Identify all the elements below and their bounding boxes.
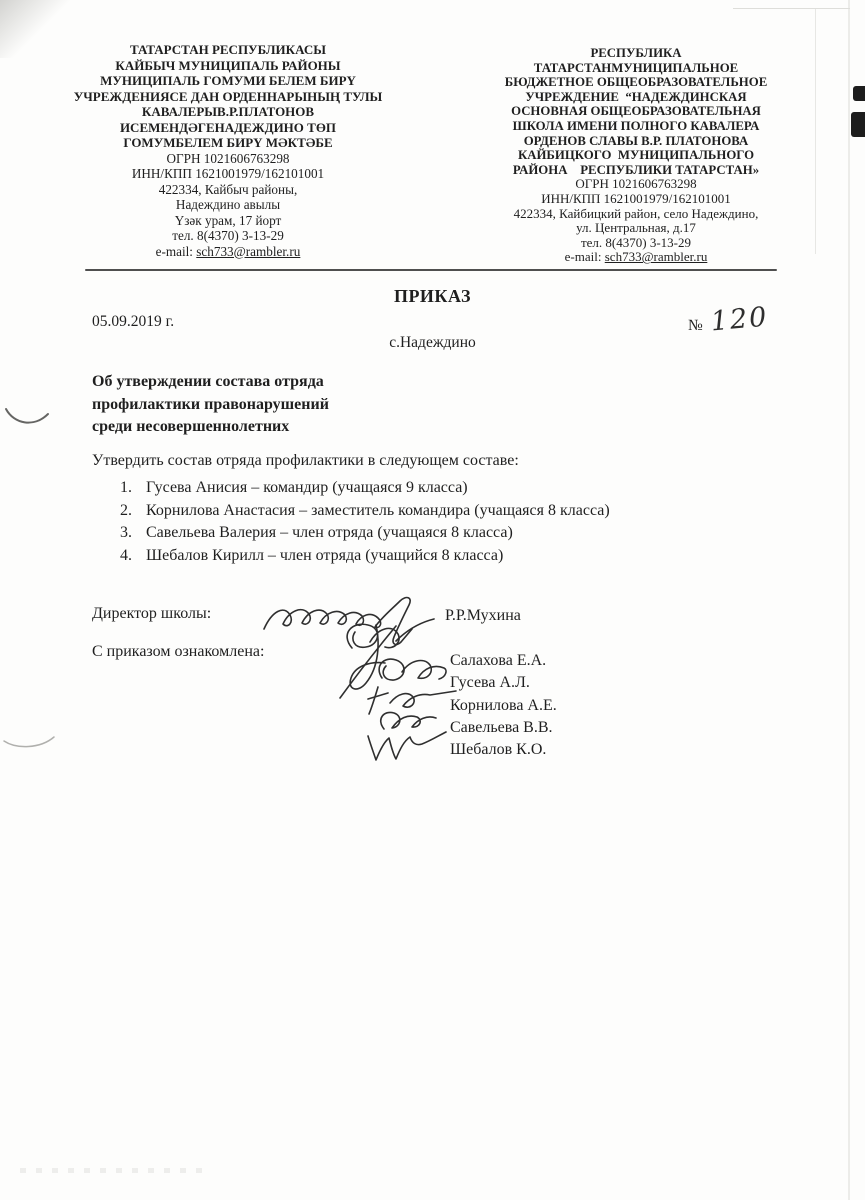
- subject-line: профилактики правонарушений: [92, 394, 329, 417]
- list-item-text: Савельева Валерия – член отряда (учащаяс…: [146, 524, 513, 541]
- org-name-line: ОРДЕНОВ СЛАВЫ В.Р. ПЛАТОНОВА: [440, 134, 832, 149]
- email-label: e-mail:: [156, 244, 197, 259]
- document-place: с.Надеждино: [0, 334, 865, 352]
- scan-ghost-line-horizontal: [733, 8, 850, 9]
- ogrn-number: ОГРН 1021606763298: [440, 177, 832, 192]
- inn-kpp-number: ИНН/КПП 1621001979/162101001: [22, 166, 434, 182]
- org-name-line: РЕСПУБЛИКА: [440, 46, 832, 61]
- fold-mark: [4, 405, 50, 431]
- ack-name: Савельева В.В.: [450, 717, 557, 739]
- org-name-line: УЧРЕЖДЕНИЯСЕ ДАН ОРДЕННАРЫНЫҢ ТУЛЫ: [22, 89, 434, 105]
- letterhead-right-column: РЕСПУБЛИКА ТАТАРСТАНМУНИЦИПАЛЬНОЕ БЮДЖЕТ…: [440, 46, 832, 265]
- list-item-text: Шебалов Кирилл – член отряда (учащийся 8…: [146, 547, 503, 564]
- list-item-number: 4.: [120, 545, 146, 568]
- list-item: 1.Гусева Анисия – командир (учащаяся 9 к…: [120, 477, 610, 500]
- email-line: e-mail: sch733@rambler.ru: [440, 250, 832, 265]
- phone-number: тел. 8(4370) 3-13-29: [22, 228, 434, 244]
- number-sign: №: [688, 317, 703, 334]
- list-item-text: Корнилова Анастасия – заместитель команд…: [146, 502, 610, 519]
- email-address: sch733@rambler.ru: [605, 249, 708, 264]
- fold-mark: [2, 733, 56, 753]
- org-name-line: ГОМУМБЕЛЕМ БИРҮ МӘКТӘБЕ: [22, 135, 434, 151]
- email-line: e-mail: sch733@rambler.ru: [22, 244, 434, 260]
- scan-smudge: [20, 1168, 210, 1173]
- org-name-line: КАЙБИЦКОГО МУНИЦИПАЛЬНОГО: [440, 148, 832, 163]
- acknowledgement-label: С приказом ознакомлена:: [92, 643, 264, 661]
- acknowledgement-names: Салахова Е.А. Гусева А.Л. Корнилова А.Е.…: [450, 650, 557, 761]
- org-name-line: ТАТАРСТАН РЕСПУБЛИКАСЫ: [22, 42, 434, 58]
- director-label: Директор школы:: [92, 605, 211, 623]
- org-name-line: ИСЕМЕНДӘГЕНАДЕЖДИНО ТӨП: [22, 120, 434, 136]
- list-item: 3.Савельева Валерия – член отряда (учаща…: [120, 522, 610, 545]
- order-body-intro: Утвердить состав отряда профилактики в с…: [92, 452, 519, 470]
- list-item: 2.Корнилова Анастасия – заместитель кома…: [120, 500, 610, 523]
- email-label: e-mail:: [565, 249, 605, 264]
- inn-kpp-number: ИНН/КПП 1621001979/162101001: [440, 192, 832, 207]
- org-name-line: ТАТАРСТАНМУНИЦИПАЛЬНОЕ: [440, 61, 832, 76]
- org-name-line: КАВАЛЕРЫВ.Р.ПЛАТОНОВ: [22, 104, 434, 120]
- order-subject: Об утверждении состава отряда профилакти…: [92, 371, 329, 439]
- document-number: №120: [688, 308, 768, 335]
- scan-edge-mark: [851, 112, 865, 137]
- letterhead-divider-line: [85, 269, 777, 271]
- ogrn-number: ОГРН 1021606763298: [22, 151, 434, 167]
- org-name-line: ШКОЛА ИМЕНИ ПОЛНОГО КАВАЛЕРА: [440, 119, 832, 134]
- squad-members-list: 1.Гусева Анисия – командир (учащаяся 9 к…: [120, 477, 610, 567]
- list-item-number: 1.: [120, 477, 146, 500]
- ack-name: Салахова Е.А.: [450, 650, 557, 672]
- address-line: 422334, Кайбицкий район, село Надеждино,: [440, 207, 832, 222]
- org-name-line: БЮДЖЕТНОЕ ОБЩЕОБРАЗОВАТЕЛЬНОЕ: [440, 75, 832, 90]
- letterhead-left-column: ТАТАРСТАН РЕСПУБЛИКАСЫ КАЙБЫЧ МУНИЦИПАЛЬ…: [22, 42, 434, 259]
- document-date: 05.09.2019 г.: [92, 313, 174, 331]
- org-name-line: ОСНОВНАЯ ОБЩЕОБРАЗОВАТЕЛЬНАЯ: [440, 104, 832, 119]
- ack-name: Корнилова А.Е.: [450, 695, 557, 717]
- address-line: Үзәк урам, 17 йорт: [22, 213, 434, 229]
- scan-edge-line: [848, 0, 850, 1200]
- org-name-line: УЧРЕЖДЕНИЕ “НАДЕЖДИНСКАЯ: [440, 90, 832, 105]
- address-line: ул. Центральная, д.17: [440, 221, 832, 236]
- address-line: 422334, Кайбыч районы,: [22, 182, 434, 198]
- org-name-line: РАЙОНА РЕСПУБЛИКИ ТАТАРСТАН»: [440, 163, 832, 178]
- list-item-text: Гусева Анисия – командир (учащаяся 9 кла…: [146, 479, 468, 496]
- ack-name: Гусева А.Л.: [450, 672, 557, 694]
- email-address: sch733@rambler.ru: [196, 244, 300, 259]
- address-line: Надеждино авылы: [22, 197, 434, 213]
- ack-name: Шебалов К.О.: [450, 739, 557, 761]
- list-item-number: 3.: [120, 522, 146, 545]
- org-name-line: МУНИЦИПАЛЬ ГОМУМИ БЕЛЕМ БИРҮ: [22, 73, 434, 89]
- list-item-number: 2.: [120, 500, 146, 523]
- subject-line: среди несовершеннолетних: [92, 416, 329, 439]
- subject-line: Об утверждении состава отряда: [92, 371, 329, 394]
- phone-number: тел. 8(4370) 3-13-29: [440, 236, 832, 251]
- list-item: 4.Шебалов Кирилл – член отряда (учащийся…: [120, 545, 610, 568]
- scanned-order-document: ТАТАРСТАН РЕСПУБЛИКАСЫ КАЙБЫЧ МУНИЦИПАЛЬ…: [0, 0, 865, 1200]
- scan-edge-mark: [853, 86, 865, 101]
- shebalov-signature-icon: [358, 728, 450, 768]
- org-name-line: КАЙБЫЧ МУНИЦИПАЛЬ РАЙОНЫ: [22, 58, 434, 74]
- document-number-handwritten: 120: [710, 304, 770, 336]
